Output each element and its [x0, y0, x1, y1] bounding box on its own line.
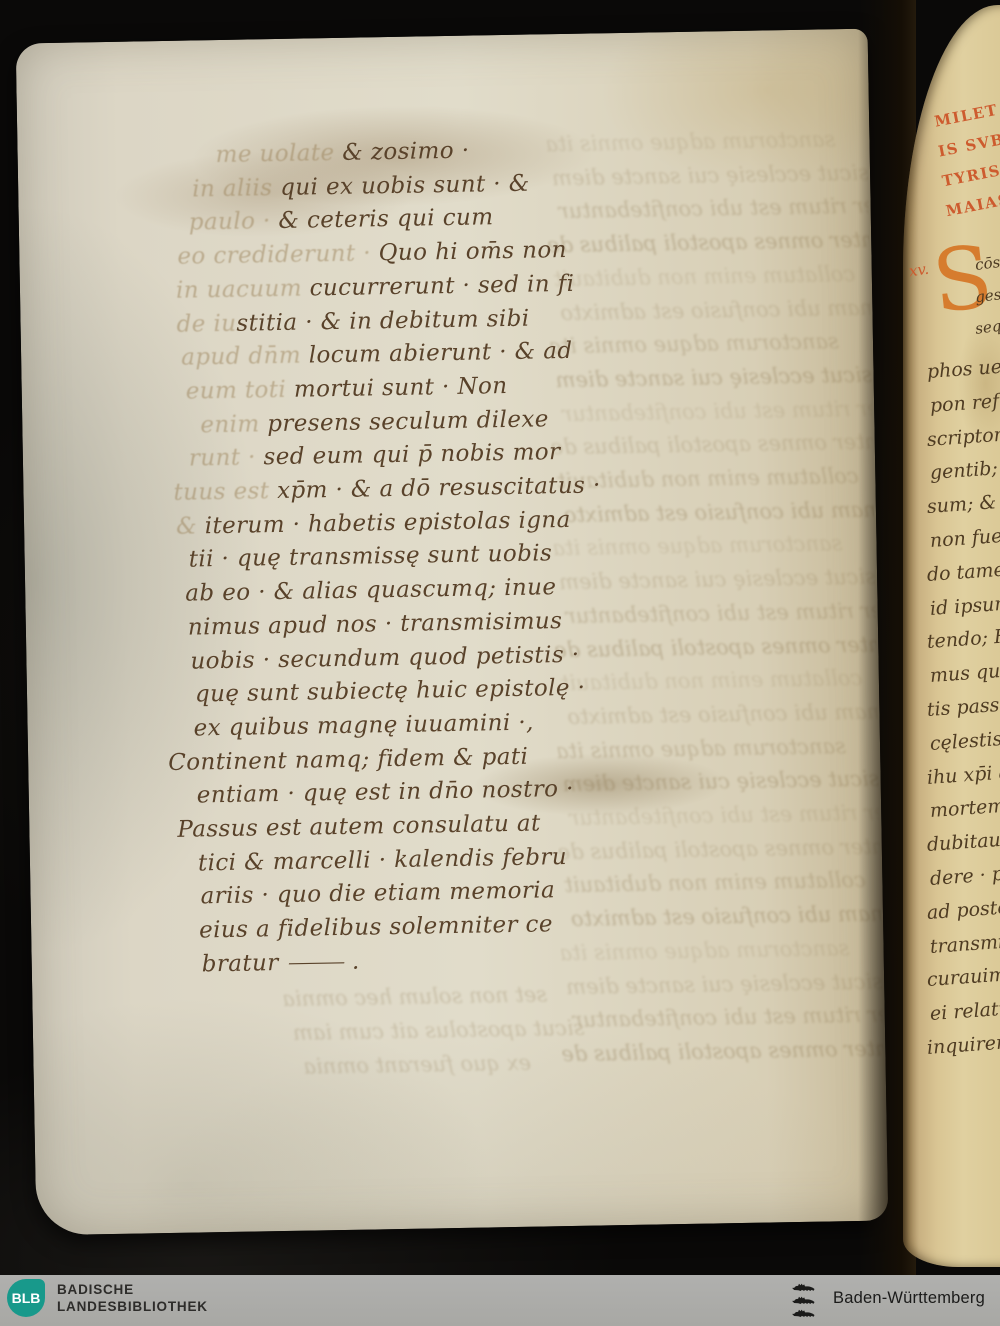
- right-page-line: tis passionem ·: [926, 689, 1000, 721]
- faded-text-fragment: eo crediderunt ·: [177, 240, 379, 270]
- manuscript-line: runt · sed eum qui p̄ nobis mor: [189, 437, 561, 473]
- manuscript-line: uobis · secundum quod petistis ·: [190, 639, 580, 676]
- manuscript-line: de iustitia · & in debitum sibi: [176, 303, 529, 339]
- manuscript-line: tuus est xp̄m · & a dō resuscitatus ·: [173, 470, 601, 507]
- manuscript-line: tici & marcelli · kalendis febru: [198, 842, 567, 878]
- blb-logo-text: BLB: [12, 1290, 41, 1306]
- text-fragment: sed eum qui p̄ nobis mor: [263, 439, 560, 470]
- text-fragment: Passus est autem consulatu at: [177, 810, 541, 842]
- right-page-line: dubitauit ad supp: [926, 822, 1000, 856]
- showthrough-line: ex quo fuerant omnia: [303, 1051, 531, 1079]
- right-page-line: mortem et corpu: [929, 789, 1000, 822]
- coat-of-arms-icon: [791, 1280, 825, 1320]
- manuscript-line: quę sunt subiectę huic epistolę ·: [195, 673, 586, 710]
- library-name-line2: LANDESBIBLIOTHEK: [57, 1298, 208, 1315]
- text-fragment: tici & marcelli · kalendis febru: [198, 844, 567, 876]
- manuscript-right-page: MILET · PASSIOIS SVBDIACONTYRIS QVODMAIA…: [903, 5, 1000, 1267]
- manuscript-line: in uacuum cucurrerunt · sed in fi: [176, 269, 575, 306]
- right-page-line: dere · per ordinem s: [929, 854, 1000, 890]
- right-page-line: id ipsum generet: [929, 586, 1000, 619]
- faded-text-fragment: enim: [200, 411, 267, 438]
- faded-text-fragment: apud dn̄m: [181, 343, 309, 371]
- manuscript-line: ex quibus magnę iuuamini ·,: [193, 707, 534, 743]
- text-fragment: entiam · quę est in dn̄o nostro ·: [197, 776, 574, 809]
- text-fragment: qui ex uobis sunt · &: [280, 170, 530, 200]
- faded-text-fragment: runt ·: [189, 445, 264, 472]
- manuscript-line: enim presens seculum dilexe: [200, 404, 549, 440]
- text-fragment: Quo hi om̄s non: [378, 237, 567, 266]
- manuscript-line: nimus apud nos · transmisimus: [188, 606, 563, 643]
- text-fragment: & zosimo ·: [342, 138, 470, 166]
- text-fragment: quę sunt subiectę huic epistolę ·: [195, 675, 586, 708]
- manuscript-line: entiam · quę est in dn̄o nostro ·: [197, 774, 575, 811]
- faded-text-fragment: me uolate: [215, 140, 342, 168]
- text-fragment: eius a fidelibus solemniter ce: [199, 911, 553, 943]
- manuscript-line: bratur ⸻ .: [201, 946, 359, 979]
- text-fragment: ariis · quo die etiam memoria: [200, 878, 555, 910]
- faded-text-fragment: paulo ·: [189, 208, 279, 236]
- manuscript-line: ariis · quo die etiam memoria: [200, 876, 555, 912]
- manuscript-line: eum toti mortui sunt · Non: [186, 371, 508, 407]
- text-fragment: nimus apud nos · transmisimus: [188, 608, 563, 641]
- manuscript-line: eo crediderunt · Quo hi om̄s non: [177, 235, 567, 272]
- faded-text-fragment: tuus est: [173, 478, 277, 506]
- text-fragment: bratur ⸻ .: [202, 948, 360, 977]
- manuscript-line: me uolate & zosimo ·: [215, 136, 469, 170]
- right-page-line: transmittere · dn̄o a: [929, 922, 1000, 957]
- text-fragment: uobis · secundum quod petistis ·: [190, 641, 579, 674]
- right-page-line: ei relatione iudicem: [929, 990, 1000, 1025]
- right-page-line: cęlestis regni · a: [929, 722, 1000, 755]
- text-fragment: locum abierunt · & ad: [308, 338, 572, 369]
- faded-text-fragment: &: [176, 513, 205, 539]
- text-fragment: cucurrerunt · sed in fi: [309, 271, 574, 302]
- text-fragment: iterum · habetis epistolas igna: [204, 507, 571, 539]
- right-page-line: mus quia bem a: [929, 655, 1000, 688]
- manuscript-line: Continent namq; fidem & pati: [168, 741, 529, 777]
- right-page-line: inquirente ab olim: [926, 1025, 1000, 1059]
- right-page-line: ihu xp̄i anim: [926, 758, 1000, 788]
- faded-text-fragment: in aliis: [192, 175, 280, 203]
- state-name: Baden-Württemberg: [833, 1289, 985, 1308]
- text-fragment: presens seculum dilexe: [267, 406, 549, 437]
- text-fragment: ab eo · & alias quascumq; inue: [185, 574, 557, 606]
- right-page-line: non fuerit supp: [929, 520, 1000, 552]
- text-fragment: xp̄m · & a dō resuscitatus ·: [277, 472, 601, 504]
- text-fragment: stitia · & in debitum sibi: [236, 305, 530, 336]
- text-fragment: Continent namq; fidem & pati: [168, 743, 529, 775]
- text-fragment: mortui sunt · Non: [294, 373, 508, 403]
- right-page-line: phos uerid co qu: [926, 350, 1000, 383]
- right-page-text-block: phos uerid co qupon refert sermscriptori…: [903, 5, 1000, 1267]
- manuscript-line: Passus est autem consulatu at: [177, 808, 541, 844]
- library-footer-bar: BLB BADISCHE LANDESBIBLIOTHEK Baden-Würt…: [0, 1275, 1000, 1326]
- manuscript-line: eius a fidelibus solemniter ce: [199, 909, 553, 945]
- manuscript-text-block: me uolate & zosimo ·in aliis qui ex uobi…: [157, 133, 623, 1041]
- text-fragment: ex quibus magnę iuuamini ·,: [193, 709, 534, 741]
- text-fragment: tii · quę transmissę sunt uobis: [188, 541, 552, 573]
- right-page-line: ad posteros fidel re: [926, 889, 1000, 924]
- library-name: BADISCHE LANDESBIBLIOTHEK: [57, 1281, 208, 1315]
- text-fragment: & ceteris qui cum: [278, 205, 494, 235]
- manuscript-line: tii · quę transmissę sunt uobis: [188, 539, 552, 575]
- manuscript-line: apud dn̄m locum abierunt · & ad: [181, 336, 573, 373]
- blb-logo-icon: BLB: [7, 1279, 45, 1317]
- manuscript-line: & iterum · habetis epistolas igna: [176, 505, 571, 542]
- right-page-line: curauimus; Non sol: [926, 956, 1000, 991]
- right-page-line: sum; & tecum: [926, 487, 1000, 518]
- library-name-line1: BADISCHE: [57, 1281, 208, 1298]
- faded-text-fragment: eum toti: [186, 377, 295, 405]
- manuscript-left-page: sanctorum adque omnis itasicut ecclesię …: [16, 29, 889, 1236]
- manuscript-line: ab eo · & alias quascumq; inue: [185, 572, 557, 608]
- manuscript-line: paulo · & ceteris qui cum: [189, 203, 494, 238]
- right-page-line: pon refert serm: [929, 384, 1000, 417]
- right-page-line: gentib; ueremi: [929, 453, 1000, 485]
- right-page-line: scriptori labor: [926, 419, 1000, 451]
- right-page-line: tendo; H sec id cre: [926, 619, 1000, 654]
- faded-text-fragment: in uacuum: [176, 275, 310, 303]
- faded-text-fragment: de iu: [176, 310, 236, 337]
- right-page-line: do tamen ne for: [926, 553, 1000, 586]
- manuscript-line: in aliis qui ex uobis sunt · &: [192, 168, 530, 204]
